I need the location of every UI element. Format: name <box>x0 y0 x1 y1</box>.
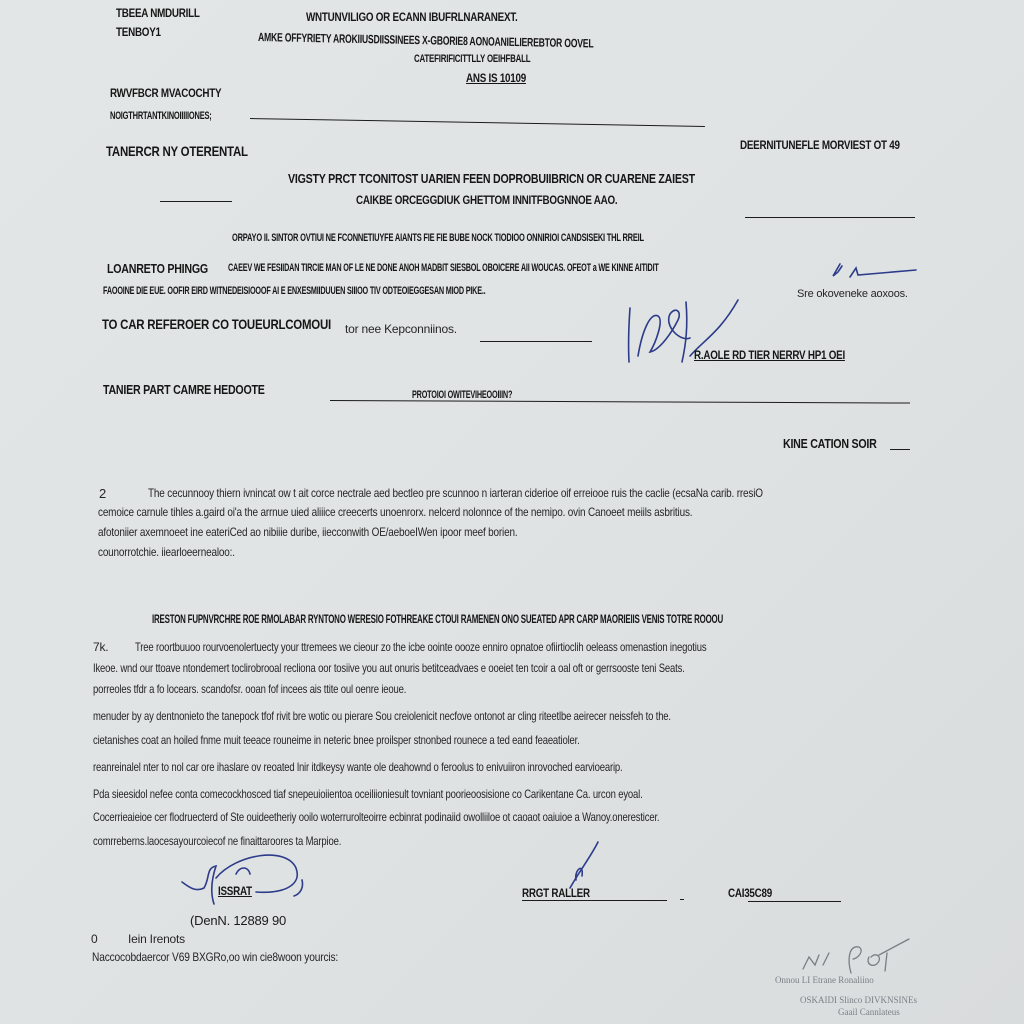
field-b-underline <box>250 118 705 127</box>
header-center-line3: CATEFIRIFICITTLLY OEIHFBALL <box>414 53 530 65</box>
line-ordo: ORPAYO II. SINTOR OVTIUI NE FCONNETIUYFE… <box>232 232 644 244</box>
header-center-line4: ANS IS 10109 <box>466 71 526 85</box>
paragraph-7-line: comrreberns.laocesayourcoiecof ne finait… <box>93 834 341 848</box>
right-code-line[interactable] <box>748 901 841 902</box>
left-signatory-id: (DenN. 12889 90 <box>190 913 286 928</box>
middle-signature-line[interactable] <box>522 900 667 901</box>
paragraph-2-line: afotoniier axemnoeet ine eateriCed ao ni… <box>98 525 517 539</box>
reference-number: DEERNITUNEFLE MORVIEST OT 49 <box>740 138 900 152</box>
middle-bottom-signature <box>560 840 610 890</box>
left-signature <box>176 848 326 918</box>
part-field-value: PROTOIOI OWITEVIHEOOIIIN? <box>412 389 512 401</box>
heading-left-rule <box>160 201 232 202</box>
stamp-line-2: OSKAIDI Slinco DIVKNSINEs <box>800 995 917 1005</box>
car-reference-label: TO CAR REFEROER CO TOUEURLCOMOUI <box>102 316 331 332</box>
paragraph-2-line: cemoice carnule tihles a.gaird oi'a the … <box>98 505 692 519</box>
footer-label: Iein Irenots <box>128 932 185 946</box>
footer-number: 0 <box>91 932 97 946</box>
part-label: TANIER PART CAMRE HEDOOTE <box>103 382 265 397</box>
initials-scribble <box>830 262 920 282</box>
heading-right-rule <box>745 217 915 218</box>
kine-label: KINE CATION SOIR <box>783 436 877 451</box>
line-faoine: FAOOINE DIE EUE. OOFIR EIRD WITNEDEISIOO… <box>103 285 486 297</box>
right-code: CAI35C89 <box>728 886 772 900</box>
header-left-line1: TBEEA NMDURILL <box>116 6 200 20</box>
paragraph-7-line: menuder by ay dentnonieto the tanepock t… <box>93 709 671 723</box>
kine-line[interactable] <box>890 449 910 450</box>
document-page: TBEEA NMDURILL TENBOY1 WNTUNVILIGO OR EC… <box>0 0 1024 1024</box>
line-loan-label: LOANRETO PHINGG <box>107 261 208 276</box>
paragraph-7-line: Ikeoe. wnd our ttoave ntondemert tocliro… <box>93 661 685 675</box>
paragraph-7-line: Pda sieesidol nefee conta comecockhosced… <box>93 787 643 801</box>
stamp-line-3: Gaail Cannlateus <box>838 1007 900 1017</box>
car-reference-small: tor nee Kepconniinos. <box>345 322 457 336</box>
paragraph-7-line: cietanishes coat an hoiled fnme muit tee… <box>93 733 580 747</box>
field-label-a: RWVFBCR MVACOCHTY <box>110 86 221 100</box>
heading-1: VIGSTY PRCT TCONITOST UARIEN FEEN DOPROB… <box>288 171 695 186</box>
signature-caption: R.AOLE RD TIER NERRV HP1 OEI <box>694 348 845 362</box>
header-left-line2: TENBOY1 <box>116 25 161 39</box>
paragraph-2-line: The cecunnooy thiern ivnincat ow t ait c… <box>148 486 763 500</box>
paragraph-7-line: porreoles tfdr a fo locears. scandofsr. … <box>93 682 406 696</box>
line-loan-text: CAEEV WE FESIIDAN TIRCIE MAN OF LE NE DO… <box>228 262 659 274</box>
header-center-line2: AMKE OFFYRIETY AROKIIUSDIISSINEES X-GBOR… <box>258 30 594 51</box>
middle-signatory-name: RRGT RALLER <box>522 886 590 900</box>
heading-2: CAIKBE ORCEGGDIUK GHETTOM INNITFBOGNNOE … <box>356 193 617 207</box>
paragraph-7-line: Tree roortbuuoo rourvoenolertuecty your … <box>135 640 706 654</box>
paragraph-7-line: reanreinalel nter to nol car ore ihaslar… <box>93 760 623 774</box>
paragraph-7-line: Cocerrieaieioe cer flodruecterd of Ste o… <box>93 810 659 824</box>
stamp-line-1: Onnou LI Etrane Ronaliino <box>775 975 874 985</box>
paragraph-2-line: counorrotchie. iiearloeernealoo:. <box>98 545 235 559</box>
field-label-b: NOIGTHRTANTKINOIIIIIONES; <box>110 110 212 122</box>
section-title: TANERCR NY OTERENTAL <box>106 143 248 159</box>
paragraph-7-number: 7k. <box>93 640 108 654</box>
left-signatory-name: ISSRAT <box>218 884 252 898</box>
header-center-line1: WNTUNVILIGO OR ECANN IBUFRLNARANEXT. <box>306 10 517 24</box>
paragraph-2-number: 2 <box>99 486 106 501</box>
footer-note: Naccocobdaercor V69 BXGRo,oo win cie8woo… <box>92 950 338 964</box>
dash <box>680 899 684 900</box>
section-heading: IRESTON FUPNVRCHRE ROE RMOLABAR RYNTONO … <box>152 612 723 626</box>
car-reference-line <box>480 341 592 342</box>
line-faoine-right: Sre okoveneke aoxoos. <box>797 288 908 300</box>
